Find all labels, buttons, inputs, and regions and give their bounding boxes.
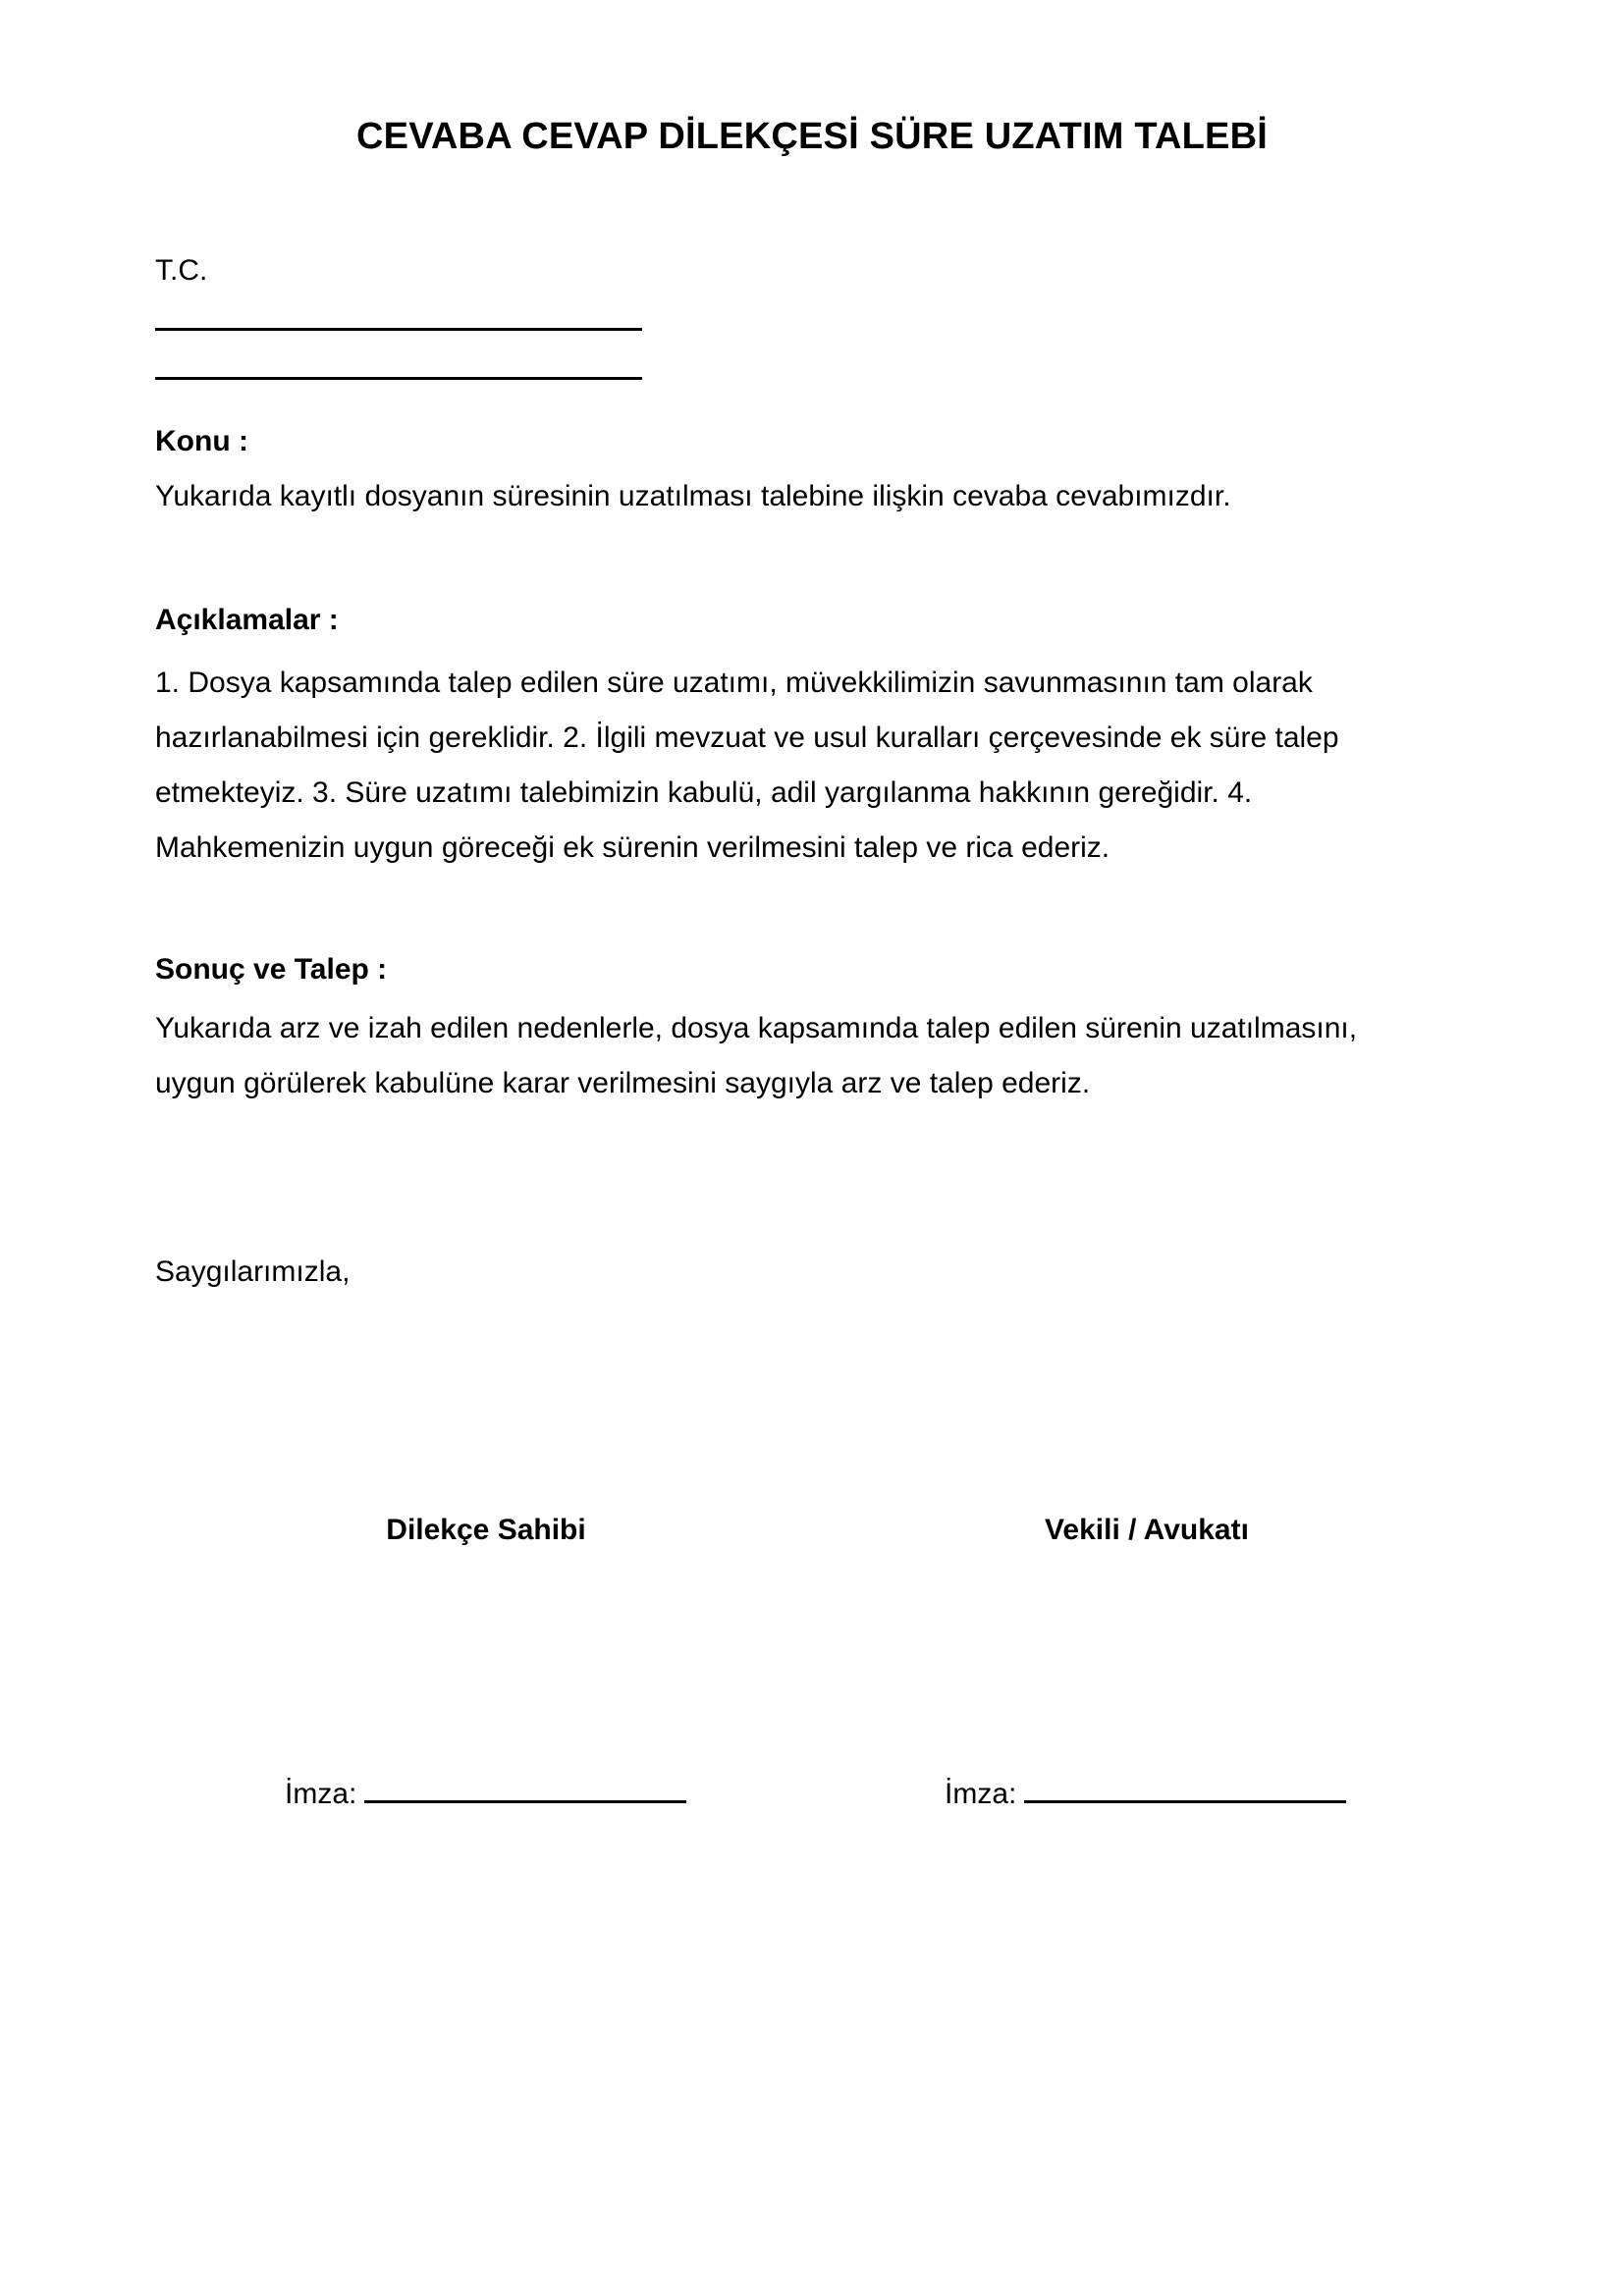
petitioner-signature-label: İmza: — [285, 1778, 356, 1810]
petition-page: CEVABA CEVAP DİLEKÇESİ SÜRE UZATIM TALEB… — [0, 0, 1624, 2296]
aciklamalar-line: 1. Dosya kapsamında talep edilen süre uz… — [155, 656, 1339, 711]
sonuc-body: Yukarıda arz ve izah edilen nedenlerle, … — [155, 1001, 1357, 1111]
aciklamalar-body: 1. Dosya kapsamında talep edilen süre uz… — [155, 656, 1339, 876]
sonuc-line: Yukarıda arz ve izah edilen nedenlerle, … — [155, 1001, 1357, 1056]
aciklamalar-line: etmekteyiz. 3. Süre uzatımı talebimizin … — [155, 766, 1339, 821]
sonuc-heading: Sonuç ve Talep : — [155, 952, 387, 988]
court-address-blank-line — [155, 377, 642, 380]
aciklamalar-line: Mahkemenizin uygun göreceği ek sürenin v… — [155, 821, 1339, 876]
attorney-signature: İmza: — [945, 1775, 1346, 1811]
aciklamalar-heading: Açıklamalar : — [155, 603, 339, 638]
attorney-signature-label: İmza: — [945, 1778, 1016, 1810]
aciklamalar-line: hazırlanabilmesi için gereklidir. 2. İlg… — [155, 711, 1339, 766]
document-title: CEVABA CEVAP DİLEKÇESİ SÜRE UZATIM TALEB… — [0, 116, 1624, 158]
petitioner-signature: İmza: — [285, 1775, 686, 1811]
tc-label: T.C. — [155, 253, 207, 289]
attorney-signature-blank — [1024, 1775, 1346, 1803]
sonuc-line: uygun görülerek kabulüne karar verilmesi… — [155, 1056, 1357, 1111]
petitioner-heading: Dilekçe Sahibi — [290, 1514, 682, 1547]
closing-text: Saygılarımızla, — [155, 1255, 350, 1290]
konu-text: Yukarıda kayıtlı dosyanın süresinin uzat… — [155, 479, 1231, 514]
attorney-heading: Vekili / Avukatı — [950, 1514, 1343, 1547]
petitioner-signature-blank — [364, 1775, 686, 1803]
court-name-blank-line — [155, 328, 642, 331]
konu-heading: Konu : — [155, 424, 248, 459]
